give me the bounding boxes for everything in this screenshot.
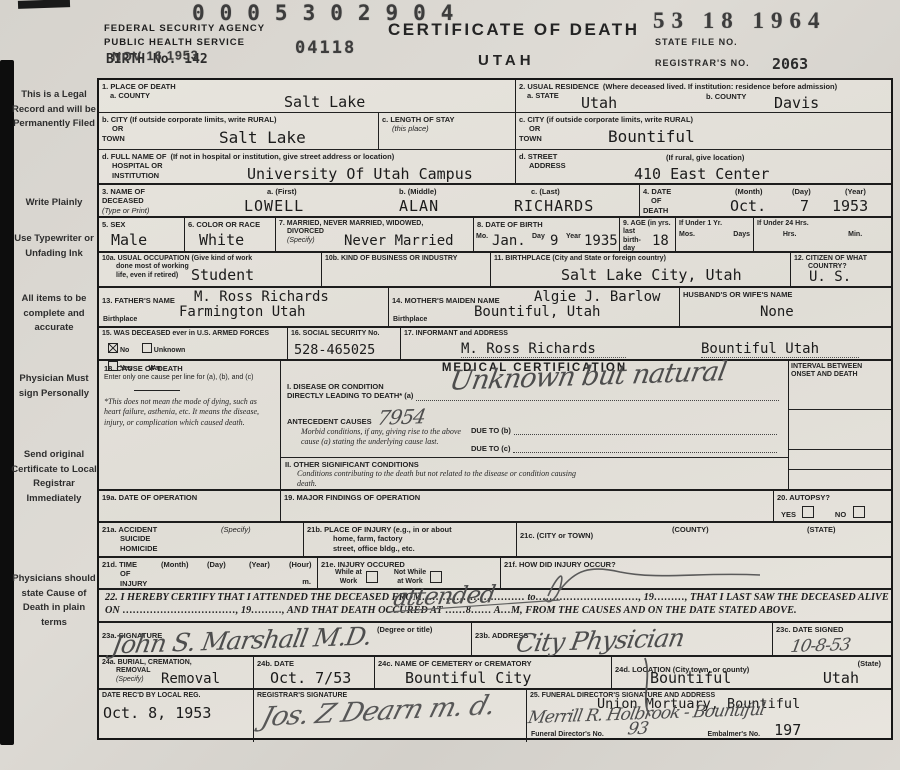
residence-county-label: b. COUNTY	[706, 92, 746, 101]
under24-hrs-label: Hrs.	[783, 231, 797, 239]
under24-min-label: Min.	[848, 231, 862, 239]
margin-note-physician-sign: Physician Must sign Personally	[10, 372, 98, 401]
armed-unknown-label: Unknown	[154, 347, 186, 354]
father-birthplace-label: Birthplace	[103, 316, 137, 324]
residence-label: 2. USUAL RESIDENCE	[519, 82, 599, 91]
section-race: 6. COLOR OR RACE White	[185, 218, 276, 251]
burial-location-value: Bountiful	[650, 669, 731, 687]
injury-county-label: (COUNTY)	[672, 525, 709, 534]
length-of-stay-note: (this place)	[392, 124, 512, 133]
checkbox-while-at-work	[366, 571, 378, 583]
section-signature: 23a. SIGNATURE (Degree or title) John S.…	[99, 623, 472, 655]
dob-year-label: Year	[566, 233, 581, 241]
director-no-value: 93	[626, 719, 649, 740]
section-burial-date: 24b. DATE Oct. 7/53	[254, 657, 375, 688]
marital-label: 7. MARRIED, NEVER MARRIED, WIDOWED,	[279, 220, 470, 228]
residence-note: (Where deceased lived. If institution: r…	[603, 82, 837, 91]
section-marital: 7. MARRIED, NEVER MARRIED, WIDOWED, DIVO…	[276, 218, 474, 251]
section-injury-city: 21c. (CITY or TOWN) (COUNTY) (STATE)	[517, 523, 891, 556]
residence-city-value: Bountiful	[608, 127, 695, 146]
occupation-value: Student	[191, 266, 254, 284]
dod-month-label: (Month)	[735, 187, 762, 196]
embalmer-no-label: Embalmer's No.	[708, 731, 761, 739]
dotted-line-c	[513, 443, 777, 453]
spouse-label: HUSBAND'S OR WIFE'S NAME	[683, 290, 888, 299]
date-of-operation-label: 19a. DATE OF OPERATION	[102, 493, 277, 502]
how-injury-label: 21f. HOW DID INJURY OCCUR?	[504, 560, 888, 569]
injury-hour-label: (Hour)	[289, 560, 312, 569]
section-informant: 17. INFORMANT and ADDRESS M. Ross Richar…	[401, 328, 891, 359]
section-time-of-injury: 21d. TIME OF INJURY (Month) (Day) (Year)…	[99, 558, 318, 588]
hospital-note: (If not in hospital or institution, give…	[170, 152, 394, 161]
certify-line1: 22. I HEREBY CERTIFY THAT I ATTENDED THE…	[105, 592, 885, 603]
certificate-form: 1. PLACE OF DEATH a. COUNTY Salt Lake b.…	[97, 78, 893, 740]
cemetery-value: Bountiful City	[405, 669, 531, 687]
autopsy-label: 20. AUTOPSY?	[777, 493, 888, 502]
occupation-label: 10a. USUAL OCCUPATION (Give kind of work	[102, 255, 318, 263]
state-file-label: STATE FILE NO.	[655, 37, 738, 47]
section-burial: 24a. BURIAL, CREMATION, REMOVAL (Specify…	[99, 657, 254, 688]
injury-occurred-label: 21e. INJURY OCCURED	[321, 560, 497, 569]
section-burial-location: 24d. LOCATION (City,town, or county) (St…	[612, 657, 891, 688]
first-name-value: LOWELL	[244, 197, 304, 215]
margin-note-typewriter: Use Typewriter or Unfading Ink	[10, 232, 98, 261]
injury-month-label: (Month)	[161, 560, 188, 569]
section-spouse: HUSBAND'S OR WIFE'S NAME None	[680, 288, 891, 326]
section-name-of-deceased: 3. NAME OF DECEASED (Type or Print) a. (…	[99, 185, 640, 216]
mother-value: Algie J. Barlow	[534, 289, 660, 305]
dob-year-value: 1935	[584, 233, 618, 249]
dob-mo-label: Mo.	[476, 233, 488, 241]
interval-label: INTERVAL BETWEEN	[791, 363, 889, 371]
place-of-death-label: 1. PLACE OF DEATH	[102, 82, 512, 91]
dotted-line-b	[514, 425, 777, 435]
section-how-injury: 21f. HOW DID INJURY OCCUR?	[501, 558, 891, 588]
section-address: 23b. ADDRESS City Physician	[472, 623, 773, 655]
length-of-stay-label: c. LENGTH OF STAY	[382, 115, 512, 124]
degree-note: (Degree or title)	[377, 625, 432, 634]
checkbox-autopsy-no	[853, 506, 865, 518]
dob-day-value: 9	[550, 233, 558, 249]
section-birthplace: 11. BIRTHPLACE (City and State or foreig…	[491, 253, 791, 286]
interval-line-c	[789, 469, 891, 470]
city-value: Salt Lake	[219, 128, 306, 147]
armed-forces-label: 15. WAS DECEASED ever in U.S. ARMED FORC…	[102, 330, 284, 338]
under24-label: If Under 24 Hrs.	[757, 220, 888, 228]
dob-day-label: Day	[532, 233, 545, 241]
dod-day-label: (Day)	[792, 187, 811, 196]
burial-value: Removal	[161, 671, 220, 687]
scan-corner-smudge	[18, 0, 70, 9]
section-registrar-signature: REGISTRAR'S SIGNATURE Jos. Z Dearn m. d.	[254, 690, 527, 742]
address-value-handwritten: City Physician	[514, 623, 686, 658]
major-findings-label: 19. MAJOR FINDINGS OF OPERATION	[284, 493, 770, 502]
birthplace-label: 11. BIRTHPLACE (City and State or foreig…	[494, 255, 787, 263]
section-cause-of-death-notes: 18. CAUSE OF DEATH Enter only one cause …	[99, 361, 281, 489]
cause-note: Enter only one cause per line for (a), (…	[104, 374, 275, 382]
sex-label: 5. SEX	[102, 220, 181, 229]
section-usual-residence: 2. USUAL RESIDENCE (Where deceased lived…	[516, 80, 891, 183]
date-received-value: Oct. 8, 1953	[103, 704, 211, 722]
burial-date-value: Oct. 7/53	[270, 669, 351, 687]
father-birthplace-value: Farmington Utah	[179, 304, 305, 320]
place-of-injury-label: 21b. PLACE OF INJURY (e.g., in or about	[307, 525, 513, 534]
place-of-injury-label2: home, farm, factory	[333, 534, 513, 543]
not-while-label1: Not While	[394, 569, 426, 577]
interval-label2: ONSET AND DEATH	[791, 371, 889, 379]
section-under-24hrs: If Under 24 Hrs. Hrs. Min.	[754, 218, 891, 251]
registrar-number-value: 2063	[772, 55, 808, 73]
scan-edge-strip	[0, 60, 14, 745]
embalmer-no-value: 197	[774, 721, 801, 739]
section-place-of-injury: 21b. PLACE OF INJURY (e.g., in or about …	[304, 523, 517, 556]
birthplace-value: Salt Lake City, Utah	[561, 266, 742, 284]
cemetery-label: 24c. NAME OF CEMETERY or CREMATORY	[378, 659, 608, 668]
time-of-injury-label3: INJURY	[120, 579, 314, 588]
city-label: b. CITY (If outside corporate limits, wr…	[102, 115, 375, 124]
armed-no-label: No	[120, 347, 129, 354]
margin-note-complete: All items to be complete and accurate	[10, 292, 98, 336]
section-date-of-birth: 8. DATE OF BIRTH Mo. Jan. Day 9 Year 193…	[474, 218, 620, 251]
injury-state-label: (STATE)	[807, 525, 835, 534]
under1-label: If Under 1 Yr.	[679, 220, 750, 228]
due-to-b-label: DUE TO (b)	[471, 426, 511, 435]
due-to-c-label: DUE TO (c)	[471, 444, 510, 453]
autopsy-no-label: NO	[835, 510, 846, 519]
hospital-value: University Of Utah Campus	[247, 165, 473, 183]
residence-city-label: c. CITY (if outside corporate limits, wr…	[519, 115, 888, 124]
section-occupation: 10a. USUAL OCCUPATION (Give kind of work…	[99, 253, 322, 286]
last-name-label: c. (Last)	[531, 187, 560, 196]
while-at-work-label2: Work	[335, 578, 362, 586]
section-business: 10b. KIND OF BUSINESS OR INDUSTRY	[322, 253, 491, 286]
section-accident-suicide: 21a. ACCIDENT SUICIDE HOMICIDE (Specify)	[99, 523, 304, 556]
last-name-value: RICHARDS	[514, 197, 594, 215]
mother-birthplace-value: Bountiful, Utah	[474, 304, 600, 320]
checkbox-no	[108, 343, 118, 353]
date-received-label: DATE REC'D BY LOCAL REG.	[102, 692, 250, 700]
time-of-injury-label2: OF	[120, 569, 314, 578]
date-signed-label: 23c. DATE SIGNED	[776, 625, 888, 634]
section-mother: 14. MOTHER'S MAIDEN NAME Algie J. Barlow…	[389, 288, 680, 326]
dod-day-value: 7	[800, 197, 809, 215]
signature-value-handwritten: John S. Marshall M.D.	[110, 622, 374, 660]
race-label: 6. COLOR OR RACE	[188, 220, 272, 229]
section-sex: 5. SEX Male	[99, 218, 185, 251]
antecedent-value-handwritten: 7954	[376, 404, 427, 430]
section-major-findings: 19. MAJOR FINDINGS OF OPERATION	[281, 491, 774, 521]
residence-or: OR	[529, 124, 888, 133]
other-conditions-note: Conditions contributing to the death but…	[297, 469, 577, 490]
section-armed-forces: 15. WAS DECEASED ever in U.S. ARMED FORC…	[99, 328, 288, 359]
margin-note-legal-record: This is a Legal Record and will be Perma…	[10, 88, 98, 132]
certificate-number-stamp: 04118	[295, 38, 356, 58]
dod-year-value: 1953	[832, 197, 868, 215]
injury-m-label: m.	[302, 577, 311, 586]
section-date-of-death: 4. DATE OF DEATH (Month) Oct. (Day) 7 (Y…	[640, 185, 891, 216]
director-no-label: Funeral Director's No.	[531, 731, 604, 739]
agency-name: FEDERAL SECURITY AGENCY PUBLIC HEALTH SE…	[104, 22, 265, 51]
section-date-signed: 23c. DATE SIGNED 10-8-53	[773, 623, 891, 655]
injury-year-label: (Year)	[249, 560, 270, 569]
section-father: 13. FATHER'S NAME M. Ross Richards Farmi…	[99, 288, 389, 326]
father-value: M. Ross Richards	[194, 289, 329, 305]
other-conditions-label: II. OTHER SIGNIFICANT CONDITIONS	[285, 460, 419, 469]
marital-value: Never Married	[344, 233, 454, 249]
state-name: UTAH	[478, 52, 535, 69]
morbid-note: Morbid conditions, if any, giving rise t…	[301, 427, 461, 448]
section-certification: 22. I HEREBY CERTIFY THAT I ATTENDED THE…	[99, 590, 891, 623]
injury-day-label: (Day)	[207, 560, 226, 569]
middle-name-label: b. (Middle)	[399, 187, 437, 196]
disease-label: I. DISEASE OR CONDITION	[287, 382, 413, 391]
divider	[134, 390, 180, 391]
residence-town: TOWN	[519, 134, 888, 143]
section-citizen: 12. CITIZEN OF WHAT COUNTRY? U. S.	[791, 253, 891, 286]
section-ssn: 16. SOCIAL SECURITY No. 528-465025	[288, 328, 401, 359]
state-file-number-stamp: 53 18 1964	[653, 8, 827, 34]
dob-month-value: Jan.	[492, 233, 526, 249]
agency-line1: FEDERAL SECURITY AGENCY	[104, 22, 265, 36]
section-date-of-operation: 19a. DATE OF OPERATION	[99, 491, 281, 521]
under1-days-label: Days	[733, 231, 750, 239]
age-value: 18	[652, 233, 669, 249]
first-name-label: a. (First)	[267, 187, 297, 196]
checkbox-unknown	[142, 343, 152, 353]
margin-note-plain-terms: Physicians should state Cause of Death i…	[10, 572, 98, 631]
street-note: (If rural, give location)	[666, 153, 744, 162]
section-funeral-director: 25. FUNERAL DIRECTOR'S SIGNATURE AND ADD…	[527, 690, 891, 742]
document-title: CERTIFICATE OF DEATH	[388, 20, 639, 40]
ssn-label: 16. SOCIAL SECURITY No.	[291, 330, 397, 338]
accident-specify-note: (Specify)	[221, 525, 251, 534]
residence-county-value: Davis	[774, 94, 819, 112]
dod-month-value: Oct.	[730, 197, 766, 215]
county-value: Salt Lake	[284, 93, 365, 111]
residence-state-value: Utah	[581, 94, 617, 112]
burial-state-label: (State)	[858, 659, 881, 668]
burial-label: 24a. BURIAL, CREMATION,	[102, 659, 250, 667]
hospital-label: d. FULL NAME OF	[102, 152, 166, 161]
under1-mos-label: Mos.	[679, 231, 695, 239]
section-date-received: DATE REC'D BY LOCAL REG. Oct. 8, 1953	[99, 690, 254, 742]
informant-label: 17. INFORMANT and ADDRESS	[404, 330, 888, 338]
section-place-of-death: 1. PLACE OF DEATH a. COUNTY Salt Lake b.…	[99, 80, 516, 183]
interval-line-b	[789, 449, 891, 450]
checkbox-autopsy-yes	[802, 506, 814, 518]
section-under-1yr: If Under 1 Yr. Mos. Days	[676, 218, 754, 251]
disease-label2: DIRECTLY LEADING TO DEATH* (a)	[287, 391, 413, 400]
certify-handwriting: attended	[391, 580, 497, 611]
suicide-label: SUICIDE	[120, 534, 300, 543]
mother-birthplace-label: Birthplace	[393, 316, 427, 324]
margin-note-write-plainly: Write Plainly	[10, 196, 98, 211]
antecedent-label: ANTECEDENT CAUSES	[287, 417, 372, 426]
citizen-label: 12. CITIZEN OF WHAT	[794, 255, 888, 263]
autopsy-yes-label: YES	[781, 510, 796, 519]
injury-city-label: 21c. (CITY or TOWN)	[520, 531, 593, 540]
business-label: 10b. KIND OF BUSINESS OR INDUSTRY	[325, 255, 487, 263]
citizen-value: U. S.	[809, 269, 851, 285]
ssn-value: 528-465025	[294, 342, 375, 358]
section-medical-certification: MEDICAL CERTIFICATION I. DISEASE OR COND…	[281, 361, 789, 489]
dod-year-label: (Year)	[845, 187, 866, 196]
race-value: White	[199, 231, 244, 249]
place-of-injury-label3: street, office bldg., etc.	[333, 544, 513, 553]
cause-footnote: *This does not mean the mode of dying, s…	[104, 397, 275, 428]
homicide-label: HOMICIDE	[120, 544, 300, 553]
dob-label: 8. DATE OF BIRTH	[477, 220, 616, 229]
burial-state-value: Utah	[823, 669, 859, 687]
accident-label: 21a. ACCIDENT	[102, 525, 300, 534]
while-at-work-label1: While at	[335, 569, 362, 577]
divider	[281, 457, 788, 458]
registrar-number-label: REGISTRAR'S NO.	[655, 58, 750, 68]
burial-date-label: 24b. DATE	[257, 659, 371, 668]
informant-value: M. Ross Richards	[461, 341, 626, 358]
interval-line-a	[789, 409, 891, 410]
section-age: 9. AGE (in yrs. last birth- day 18	[620, 218, 676, 251]
section-cemetery: 24c. NAME OF CEMETERY or CREMATORY Bount…	[375, 657, 612, 688]
street-value: 410 East Center	[634, 165, 769, 183]
sex-value: Male	[111, 231, 147, 249]
section-autopsy: 20. AUTOPSY? YES NO	[774, 491, 891, 521]
margin-note-send-original: Send original Certificate to Local Regis…	[10, 448, 98, 507]
father-label: 13. FATHER'S NAME	[102, 296, 175, 305]
section-interval: INTERVAL BETWEEN ONSET AND DEATH	[789, 361, 891, 489]
cause-label: 18. CAUSE OF DEATH	[104, 364, 275, 373]
spouse-value: None	[760, 304, 794, 320]
date-signed-value-handwritten: 10-8-53	[789, 635, 852, 657]
middle-name-value: ALAN	[399, 197, 439, 215]
certify-line2: ON ……………………………, 19………, AND THAT DEATH OC…	[105, 605, 885, 616]
received-date-stamp: NOV 16 1953	[112, 48, 199, 64]
